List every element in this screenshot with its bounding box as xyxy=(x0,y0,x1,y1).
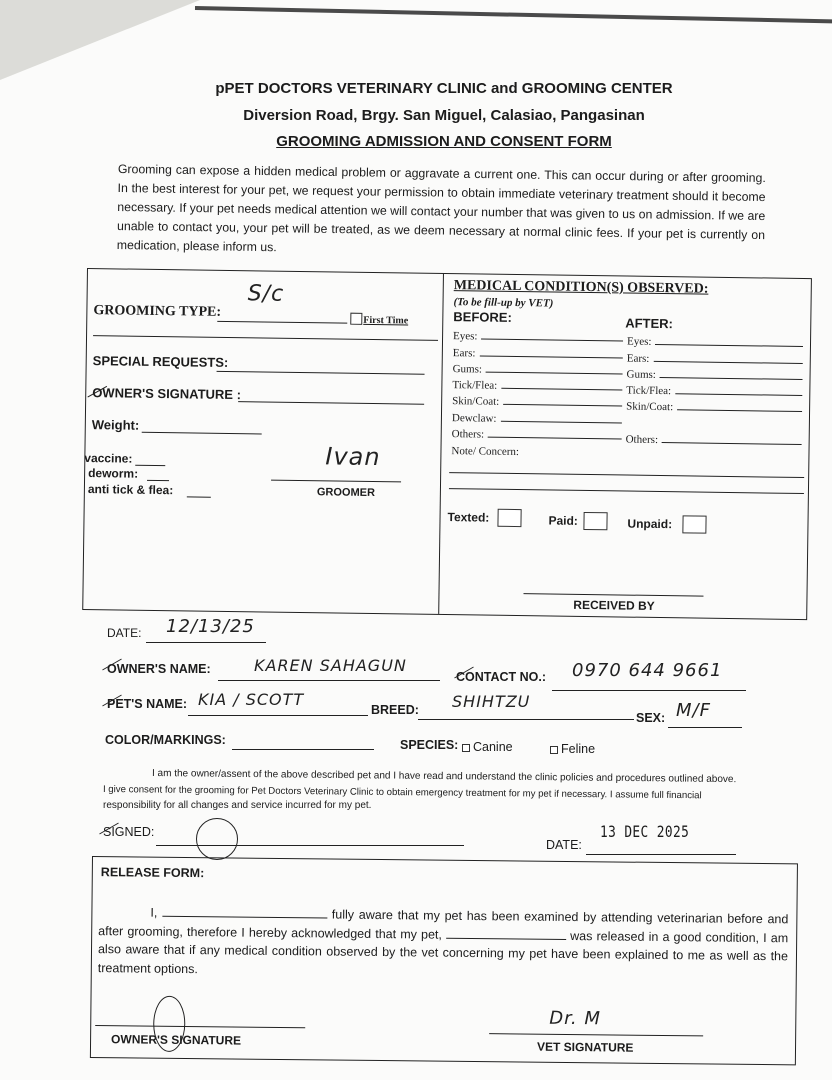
weight-field[interactable] xyxy=(142,432,262,435)
date-stamp: 13 DEC 2025 xyxy=(600,822,689,841)
deworm-label: deworm: xyxy=(88,466,138,481)
before-condition-label: Gums: xyxy=(453,363,483,375)
page-edge xyxy=(195,6,832,23)
canine-checkbox[interactable] xyxy=(462,744,470,752)
after-condition-label: Ears: xyxy=(627,352,650,364)
release-owner-signature-line[interactable] xyxy=(95,1025,305,1028)
paid-label: Paid: xyxy=(548,513,578,527)
sex-field[interactable] xyxy=(668,727,742,728)
medical-conditions-title: MEDICAL CONDITION(S) OBSERVED: xyxy=(454,278,709,298)
color-markings-field[interactable] xyxy=(232,749,374,750)
before-condition-label: Tick/Flea: xyxy=(452,379,497,392)
pet-name-blank[interactable] xyxy=(446,937,566,939)
note-concern-label: Note/ Concern: xyxy=(451,445,519,458)
owner-signature-label: OWNER'S SIGNATURE : xyxy=(92,385,241,402)
after-condition-label: Others: xyxy=(626,434,659,446)
after-condition-field[interactable] xyxy=(677,410,802,413)
breed-label: BREED: xyxy=(371,703,419,717)
grooming-type-extra-line xyxy=(93,335,438,341)
breed-field[interactable] xyxy=(418,719,634,720)
folded-corner xyxy=(0,0,200,80)
after-condition-label: Eyes: xyxy=(627,336,652,348)
special-requests-field[interactable] xyxy=(217,371,425,375)
before-condition-field[interactable] xyxy=(488,437,622,440)
received-by-label: RECEIVED BY xyxy=(573,598,655,613)
clinic-name: pPET DOCTORS VETERINARY CLINIC and GROOM… xyxy=(0,80,832,97)
vaccine-field[interactable] xyxy=(135,465,165,466)
before-condition-field[interactable] xyxy=(503,404,622,407)
unpaid-checkbox[interactable] xyxy=(682,515,706,533)
before-condition-field[interactable] xyxy=(500,421,621,424)
feline-checkbox[interactable] xyxy=(550,746,558,754)
contact-field[interactable] xyxy=(552,690,746,691)
after-fields: Eyes:Ears:Gums:Tick/Flea:Skin/Coat:Other… xyxy=(627,332,803,334)
species-label: SPECIES: xyxy=(400,738,458,752)
before-condition-field[interactable] xyxy=(486,371,623,374)
before-condition-label: Others: xyxy=(452,428,485,440)
before-condition-label: Ears: xyxy=(453,347,476,359)
owner-name-value: KAREN SAHAGUN xyxy=(254,656,407,675)
anti-tick-field[interactable] xyxy=(187,496,211,497)
before-condition-field[interactable] xyxy=(481,339,623,342)
sex-label: SEX: xyxy=(636,711,665,725)
canine-label: Canine xyxy=(473,740,513,754)
pet-name-value: KIA / SCOTT xyxy=(198,690,304,709)
color-markings-label: COLOR/MARKINGS: xyxy=(105,733,226,747)
after-condition-label: Skin/Coat: xyxy=(626,401,673,414)
date-field[interactable] xyxy=(146,642,266,643)
after-condition-row: Others: xyxy=(626,429,802,448)
before-condition-label: Eyes: xyxy=(453,330,478,342)
sex-value: M/F xyxy=(676,700,711,721)
consent-date-label: DATE: xyxy=(546,838,582,852)
weight-label: Weight: xyxy=(92,417,140,433)
texted-label: Texted: xyxy=(447,510,489,525)
vet-signature-label: VET SIGNATURE xyxy=(537,1040,634,1055)
feline-label: Feline xyxy=(561,742,595,756)
admission-panel: GROOMING TYPE: S/c First Time SPECIAL RE… xyxy=(82,268,812,620)
vaccine-label: vaccine: xyxy=(84,451,132,466)
owner-signature-field[interactable] xyxy=(238,401,424,405)
before-fields: Eyes:Ears:Gums:Tick/Flea:Skin/Coat:Dewcl… xyxy=(453,326,623,328)
release-form-box: RELEASE FORM: I, fully aware that my pet… xyxy=(90,856,798,1065)
first-time-checkbox[interactable] xyxy=(350,313,362,325)
first-time-label: First Time xyxy=(363,315,408,327)
release-paragraph: I, fully aware that my pet has been exam… xyxy=(98,903,789,984)
clinic-address: Diversion Road, Brgy. San Miguel, Calasi… xyxy=(0,107,832,124)
note-line-1[interactable] xyxy=(449,472,804,478)
owner-name-field[interactable] xyxy=(218,680,440,681)
after-label: AFTER: xyxy=(625,316,673,332)
after-condition-row: Skin/Coat: xyxy=(626,397,802,416)
grooming-type-label: GROOMING TYPE: xyxy=(93,303,221,321)
contact-value: 0970 644 9661 xyxy=(572,660,722,681)
deworm-field[interactable] xyxy=(147,480,169,481)
after-condition-field[interactable] xyxy=(660,377,803,380)
signed-label: SIGNED: xyxy=(103,825,154,839)
vet-fill-note: (To be fill-up by VET) xyxy=(453,296,553,309)
owner-name-label: OWNER'S NAME: xyxy=(107,662,211,676)
scanned-form-page: pPET DOCTORS VETERINARY CLINIC and GROOM… xyxy=(0,0,832,1080)
pet-name-label: PET'S NAME: xyxy=(107,697,187,711)
before-condition-label: Dewclaw: xyxy=(452,412,497,425)
after-condition-field[interactable] xyxy=(655,344,803,347)
release-text-1: I, xyxy=(150,906,157,920)
form-title: GROOMING ADMISSION AND CONSENT FORM xyxy=(0,133,832,150)
texted-checkbox[interactable] xyxy=(497,509,521,527)
contact-label: CONTACT NO.: xyxy=(456,670,546,684)
grooming-type-value: S/c xyxy=(247,281,284,307)
release-form-title: RELEASE FORM: xyxy=(101,865,205,880)
owner-signature-scribble xyxy=(196,818,238,860)
vet-signature-line[interactable] xyxy=(489,1033,703,1036)
groomer-signature: Ivan xyxy=(325,442,381,471)
before-label: BEFORE: xyxy=(453,309,512,325)
anti-tick-label: anti tick & flea: xyxy=(88,482,174,497)
vet-signature-value: Dr. M xyxy=(549,1008,601,1030)
special-requests-label: SPECIAL REQUESTS: xyxy=(93,353,229,370)
after-condition-field[interactable] xyxy=(675,393,802,396)
before-condition-row: Others: xyxy=(452,424,622,443)
before-condition-field[interactable] xyxy=(479,355,622,358)
intro-paragraph: Grooming can expose a hidden medical pro… xyxy=(117,160,766,264)
panel-divider xyxy=(438,274,444,614)
owner-name-blank[interactable] xyxy=(162,916,327,919)
paid-checkbox[interactable] xyxy=(583,512,607,530)
received-by-line[interactable] xyxy=(523,593,703,597)
after-condition-field[interactable] xyxy=(653,361,802,364)
consent-line-3: responsibility for all changes and servi… xyxy=(103,798,371,814)
breed-value: SHIHTZU xyxy=(452,692,530,711)
before-condition-field[interactable] xyxy=(501,388,622,391)
after-condition-field[interactable] xyxy=(662,442,802,445)
after-condition-label: Gums: xyxy=(626,368,656,380)
grooming-type-field[interactable] xyxy=(217,321,347,324)
groomer-signature-line xyxy=(271,480,401,483)
note-line-2[interactable] xyxy=(449,488,804,494)
groomer-label: GROOMER xyxy=(317,486,375,499)
after-condition-label: Tick/Flea: xyxy=(626,385,671,398)
unpaid-label: Unpaid: xyxy=(627,517,672,532)
date-label: DATE: xyxy=(107,626,141,640)
pet-name-field[interactable] xyxy=(188,715,368,716)
before-condition-label: Skin/Coat: xyxy=(452,396,499,409)
consent-date-field[interactable] xyxy=(586,854,736,855)
date-value: 12/13/25 xyxy=(166,616,255,637)
